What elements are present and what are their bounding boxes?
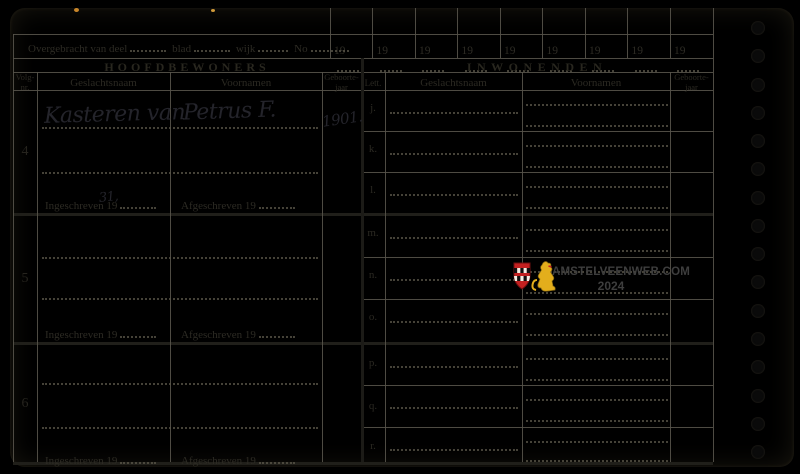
dotted-line <box>390 153 518 155</box>
column-header-voornamen-left: Voornamen <box>170 77 322 89</box>
year-cell: 19 <box>628 36 670 58</box>
dotted-leader <box>194 40 230 52</box>
year-cell-label: 19 <box>504 45 516 57</box>
year-cell-label: 19 <box>419 45 431 57</box>
column-header-geslachtsnaam-right: Geslachtsnaam <box>385 77 522 89</box>
dotted-leader <box>120 452 156 464</box>
dotted-line <box>526 166 668 168</box>
scanned-register-card: 191919191919191919 Overgebracht van deel… <box>0 0 800 474</box>
dotted-leader <box>259 326 295 338</box>
dotted-line <box>390 194 518 196</box>
year-cell: 19 <box>670 36 712 58</box>
ingeschreven-text: Ingeschreven 19 <box>45 455 117 467</box>
column-header-geboortejaar-left-line1: Geboorte- <box>324 72 358 82</box>
dotted-line <box>390 321 518 323</box>
handwritten-firstname: Petrus F. <box>183 97 277 125</box>
handwritten-year-ingeschreven: 31, <box>98 189 119 206</box>
dotted-line <box>42 298 318 300</box>
paper-speck <box>74 8 79 12</box>
punch-hole <box>751 191 765 205</box>
row-letter: q. <box>363 400 383 412</box>
dotted-line <box>42 427 318 429</box>
punch-hole <box>751 332 765 346</box>
dotted-line <box>526 125 668 127</box>
grid-line <box>170 72 171 462</box>
year-cell-label: 19 <box>547 45 559 57</box>
dotted-leader <box>259 452 295 464</box>
dotted-line <box>526 358 668 360</box>
transfer-label-blad: blad <box>172 43 191 55</box>
punch-hole <box>751 417 765 431</box>
ingeschreven-label: Ingeschreven 19 <box>45 326 159 341</box>
year-cell-label: 19 <box>632 45 644 57</box>
ingeschreven-text: Ingeschreven 19 <box>45 329 117 341</box>
transfer-label-wijk: wijk <box>236 43 256 55</box>
punch-hole <box>751 21 765 35</box>
column-header-volgnr-line2: nr. <box>21 82 30 92</box>
row-letter: p. <box>363 357 383 369</box>
grid-line <box>363 385 713 386</box>
year-cell: 19 <box>458 36 500 58</box>
punch-hole <box>751 445 765 459</box>
dotted-line <box>390 112 518 114</box>
column-header-voornamen-right: Voornamen <box>522 77 670 89</box>
transfer-label-no: No <box>294 43 307 55</box>
row-letter: j. <box>363 102 383 114</box>
punch-hole <box>751 78 765 92</box>
grid-line <box>363 131 713 132</box>
punch-hole <box>751 134 765 148</box>
punch-hole <box>751 106 765 120</box>
row-letter: m. <box>363 227 383 239</box>
dotted-line <box>526 186 668 188</box>
grid-line <box>13 34 713 35</box>
column-header-geboortejaar-left: Geboorte-jaar <box>322 73 361 92</box>
dotted-line <box>526 420 668 422</box>
block-number: 4 <box>13 144 37 160</box>
year-cell-label: 19 <box>674 45 686 57</box>
dotted-line <box>526 441 668 443</box>
column-header-volgnr: Volg-nr. <box>13 73 37 92</box>
year-cell-label: 19 <box>462 45 474 57</box>
column-header-geboortejaar-right-line1: Geboorte- <box>674 72 708 82</box>
paper-speck <box>211 9 215 12</box>
dotted-line <box>390 449 518 451</box>
year-cell: 19 <box>500 36 542 58</box>
afgeschreven-label: Afgeschreven 19 <box>181 326 298 341</box>
grid-line <box>385 72 386 462</box>
dotted-line <box>390 237 518 239</box>
section-title-hoofdbewoners: HOOFDBEWONERS <box>13 60 361 75</box>
dotted-leader <box>259 197 295 209</box>
ingeschreven-label: Ingeschreven 19 <box>45 452 159 467</box>
dotted-line <box>42 172 318 174</box>
year-cell-label: 19 <box>377 45 389 57</box>
dotted-line <box>390 366 518 368</box>
handwritten-surname: Kasteren van <box>44 100 186 129</box>
afgeschreven-text: Afgeschreven 19 <box>181 455 256 467</box>
column-header-geboortejaar-left-line2: jaar <box>335 82 348 92</box>
year-cell: 19 <box>585 36 627 58</box>
watermark-year: 2024 <box>552 279 670 293</box>
afgeschreven-text: Afgeschreven 19 <box>181 200 256 212</box>
dotted-line <box>526 313 668 315</box>
dotted-line <box>526 460 668 462</box>
dotted-line <box>42 383 318 385</box>
column-header-geboortejaar-right: Geboorte-jaar <box>670 73 713 92</box>
section-title-inwonenden: INWONENDEN <box>361 60 713 75</box>
row-letter: r. <box>363 440 383 452</box>
dotted-leader <box>130 40 166 52</box>
block-number: 5 <box>13 271 37 287</box>
grid-line <box>713 8 714 462</box>
year-cell: 19 <box>415 36 457 58</box>
grid-line <box>363 427 713 428</box>
year-cell: 19 <box>543 36 585 58</box>
punch-hole <box>751 219 765 233</box>
dotted-line <box>526 207 668 209</box>
afgeschreven-label: Afgeschreven 19 <box>181 197 298 212</box>
row-letter: l. <box>363 184 383 196</box>
dotted-line <box>526 379 668 381</box>
afgeschreven-label: Afgeschreven 19 <box>181 452 298 467</box>
dotted-line <box>526 399 668 401</box>
dotted-leader <box>311 40 349 52</box>
year-cell-label: 19 <box>589 45 601 57</box>
block-number: 6 <box>13 396 37 412</box>
grid-line <box>37 72 38 462</box>
row-letter: n. <box>363 269 383 281</box>
column-header-lett: Lett. <box>361 78 385 88</box>
dotted-line <box>526 334 668 336</box>
transfer-label-overgebracht: Overgebracht van deel <box>28 43 127 55</box>
dotted-line <box>526 250 668 252</box>
column-header-geboortejaar-right-line2: jaar <box>685 82 698 92</box>
dotted-line <box>390 279 518 281</box>
column-header-volgnr-line1: Volg- <box>16 72 35 82</box>
grid-line <box>363 299 713 300</box>
year-cell: 19 <box>373 36 415 58</box>
punch-hole <box>751 304 765 318</box>
punch-hole <box>751 389 765 403</box>
row-letter: o. <box>363 311 383 323</box>
dotted-leader <box>120 326 156 338</box>
dotted-line <box>526 145 668 147</box>
dotted-line <box>42 257 318 259</box>
grid-line <box>363 172 713 173</box>
afgeschreven-text: Afgeschreven 19 <box>181 329 256 341</box>
watermark-text: AMSTELVEENWEB.COM <box>552 266 690 278</box>
row-letter: k. <box>363 143 383 155</box>
dotted-line <box>390 407 518 409</box>
dotted-leader <box>258 40 288 52</box>
transfer-row: Overgebracht van deel blad wijk No <box>28 40 352 55</box>
column-header-geslachtsnaam-left: Geslachtsnaam <box>37 77 170 89</box>
dotted-line <box>526 104 668 106</box>
watermark: AMSTELVEENWEB.COM 2024 <box>510 257 685 299</box>
dotted-leader <box>120 197 156 209</box>
dotted-line <box>526 229 668 231</box>
